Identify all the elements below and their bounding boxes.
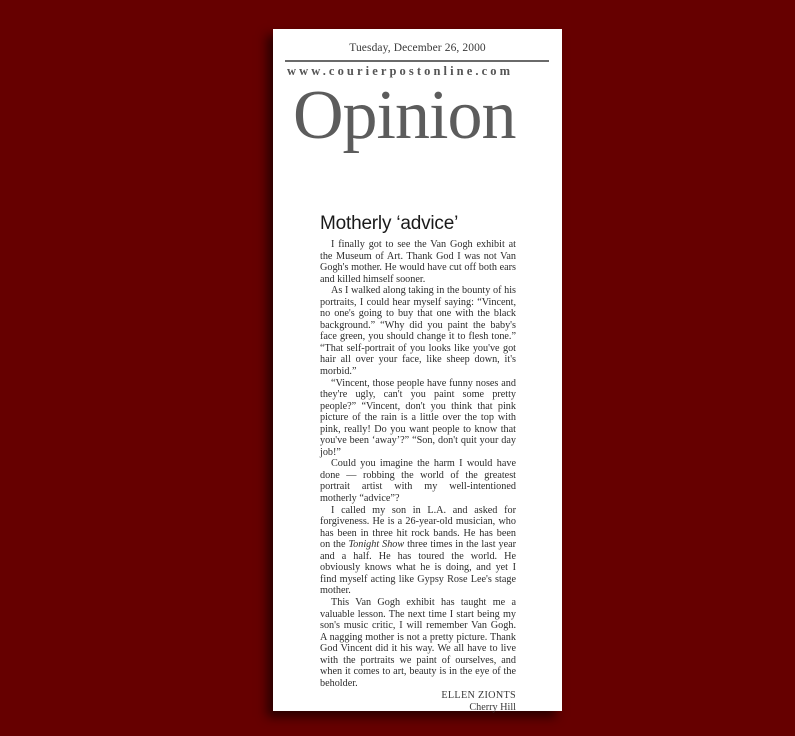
letter-article: Motherly ‘advice’ I finally got to see t… [320,213,516,713]
article-body: I finally got to see the Van Gogh exhibi… [320,239,516,689]
article-paragraph: I finally got to see the Van Gogh exhibi… [320,239,516,285]
article-headline: Motherly ‘advice’ [320,213,516,235]
section-title: Opinion [293,81,515,151]
author-location: Cherry Hill [320,702,516,714]
signature: ELLEN ZIONTS Cherry Hill [320,690,516,713]
article-paragraph: Could you imagine the harm I would have … [320,458,516,504]
article-paragraph: I called my son in L.A. and asked for fo… [320,505,516,597]
show-title: Tonight Show [348,539,404,550]
article-paragraph: This Van Gogh exhibit has taught me a va… [320,597,516,689]
newspaper-clipping: Tuesday, December 26, 2000 www.courierpo… [273,29,562,711]
masthead-rule [285,60,549,62]
article-paragraph: As I walked along taking in the bounty o… [320,285,516,377]
dateline: Tuesday, December 26, 2000 [273,42,562,54]
article-paragraph: “Vincent, those people have funny noses … [320,378,516,459]
author-name: ELLEN ZIONTS [320,690,516,702]
